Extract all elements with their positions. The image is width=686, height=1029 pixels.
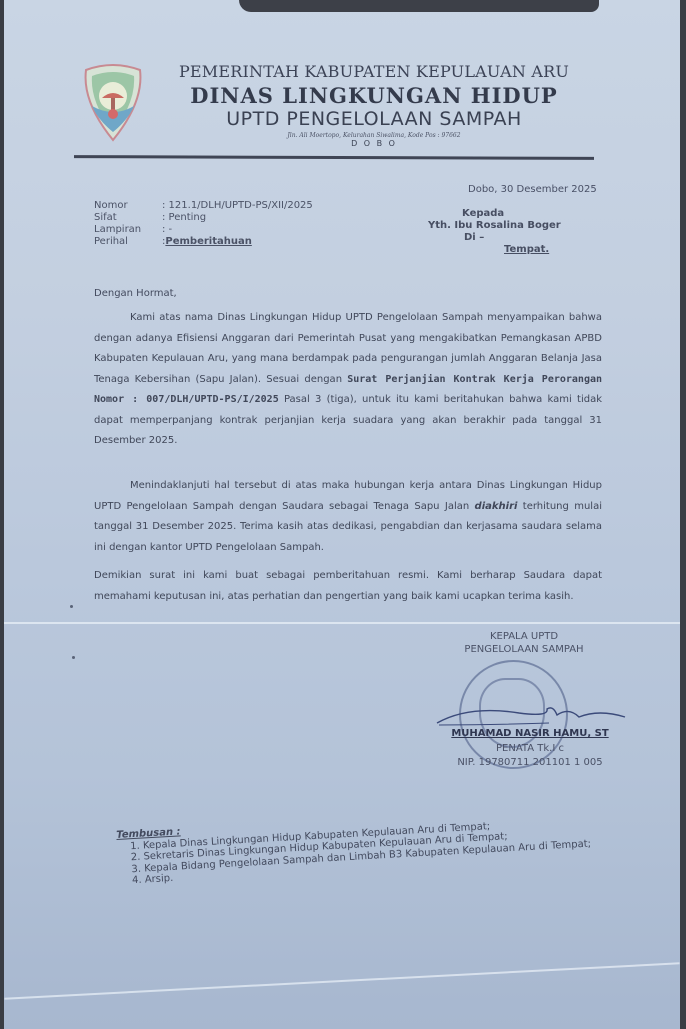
agency-city: D O B O xyxy=(154,139,594,148)
paper-speck xyxy=(70,605,73,608)
meta-row-perihal: Perihal : Pemberitahuan xyxy=(94,236,313,248)
signatory-title: KEPALA UPTD PENGELOLAAN SAMPAH xyxy=(434,630,614,656)
subject: Pemberitahuan xyxy=(165,236,251,248)
letterhead: PEMERINTAH KABUPATEN KEPULAUAN ARU DINAS… xyxy=(154,62,594,148)
signatory-name: MUHAMAD NASIR HAMU, ST xyxy=(440,728,620,739)
agency-address: Jln. Ali Moertopo, Kelurahan Siwalima, K… xyxy=(154,132,594,139)
letter-meta: Nomor : 121.1/DLH/UPTD-PS/XII/2025 Sifat… xyxy=(94,200,313,248)
paper-fold xyxy=(4,962,679,999)
meta-row-nomor: Nomor : 121.1/DLH/UPTD-PS/XII/2025 xyxy=(94,200,313,212)
salutation: Dengan Hormat, xyxy=(94,288,177,299)
government-name: PEMERINTAH KABUPATEN KEPULAUAN ARU xyxy=(154,62,594,81)
paper-speck xyxy=(72,656,75,659)
recipient-block: Kepada Yth. Ibu Rosalina Boger Di – Temp… xyxy=(428,208,561,256)
agency-name: DINAS LINGKUNGAN HIDUP xyxy=(154,83,594,108)
meta-row-lampiran: Lampiran : - xyxy=(94,224,313,236)
letterhead-divider xyxy=(74,155,594,160)
paragraph-2: Menindaklanjuti hal tersebut di atas mak… xyxy=(94,476,602,558)
letter-date: Dobo, 30 Desember 2025 xyxy=(468,184,597,195)
paper-fold xyxy=(4,622,680,624)
recipient-name: Yth. Ibu Rosalina Boger xyxy=(428,220,561,232)
regency-crest-icon xyxy=(80,62,146,142)
letter-paper: PEMERINTAH KABUPATEN KEPULAUAN ARU DINAS… xyxy=(4,0,680,1029)
paragraph-3: Demikian surat ini kami buat sebagai pem… xyxy=(94,566,602,607)
paragraph-1: Kami atas nama Dinas Lingkungan Hidup UP… xyxy=(94,308,602,452)
unit-name: UPTD PENGELOLAAN SAMPAH xyxy=(154,108,594,130)
signatory-nip: NIP. 19780711 201101 1 005 xyxy=(440,757,620,768)
meta-row-sifat: Sifat : Penting xyxy=(94,212,313,224)
background-shadow xyxy=(239,0,599,12)
signatory-rank: PENATA Tk.I c xyxy=(440,743,620,754)
cc-list: Tembusan : Kepala Dinas Lingkungan Hidup… xyxy=(116,804,592,888)
